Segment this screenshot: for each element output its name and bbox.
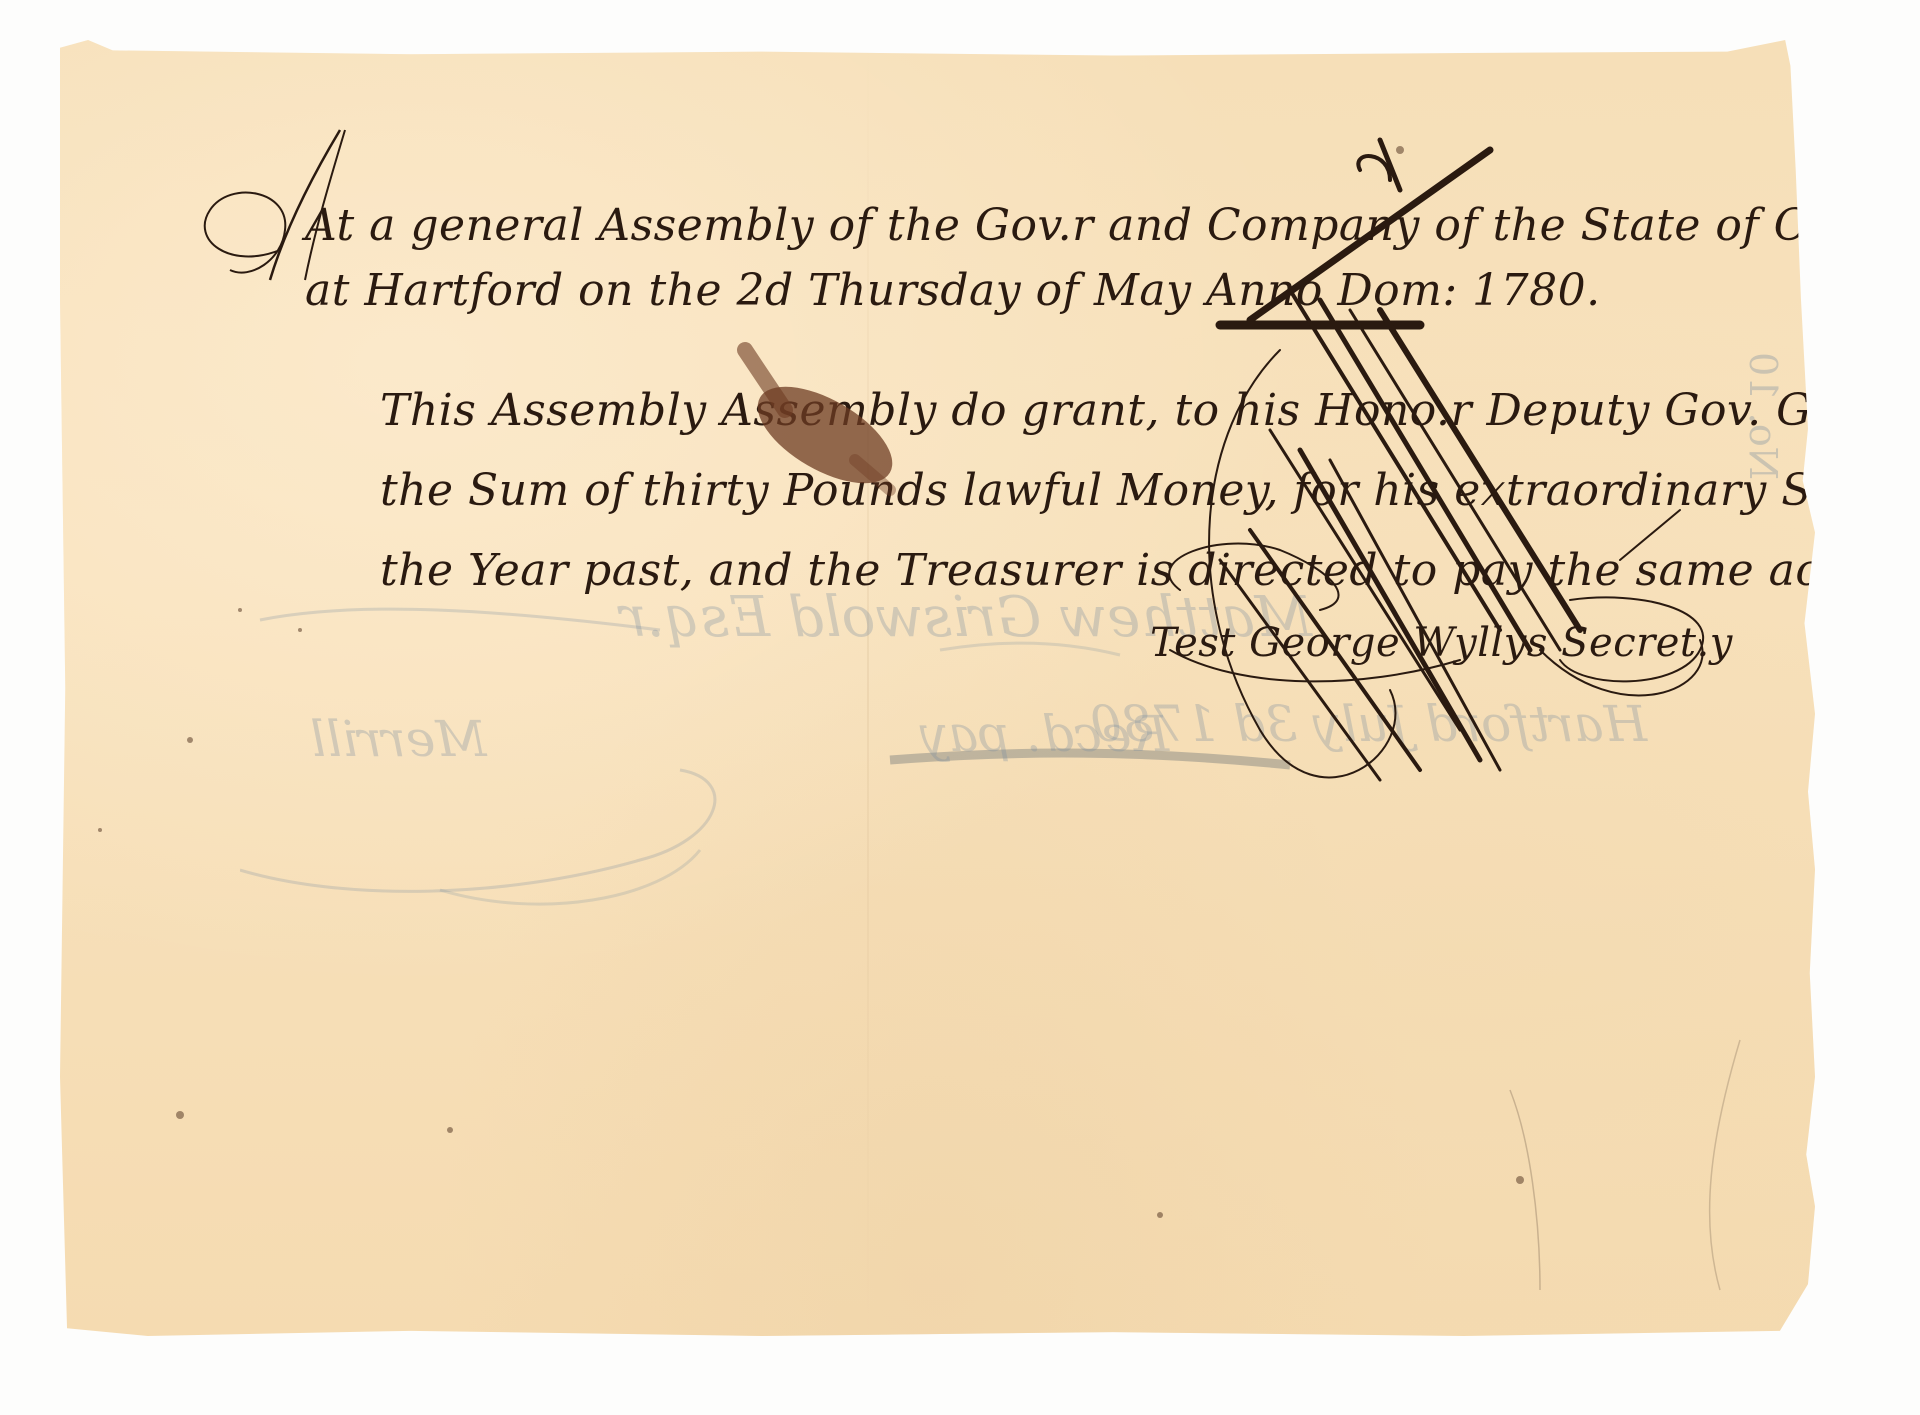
scanned-document: Matthew Griswold Esq.r Hartford July 3d … (0, 0, 1920, 1415)
paper-specks (60, 40, 1815, 1336)
paper-sheet: Matthew Griswold Esq.r Hartford July 3d … (60, 40, 1815, 1336)
